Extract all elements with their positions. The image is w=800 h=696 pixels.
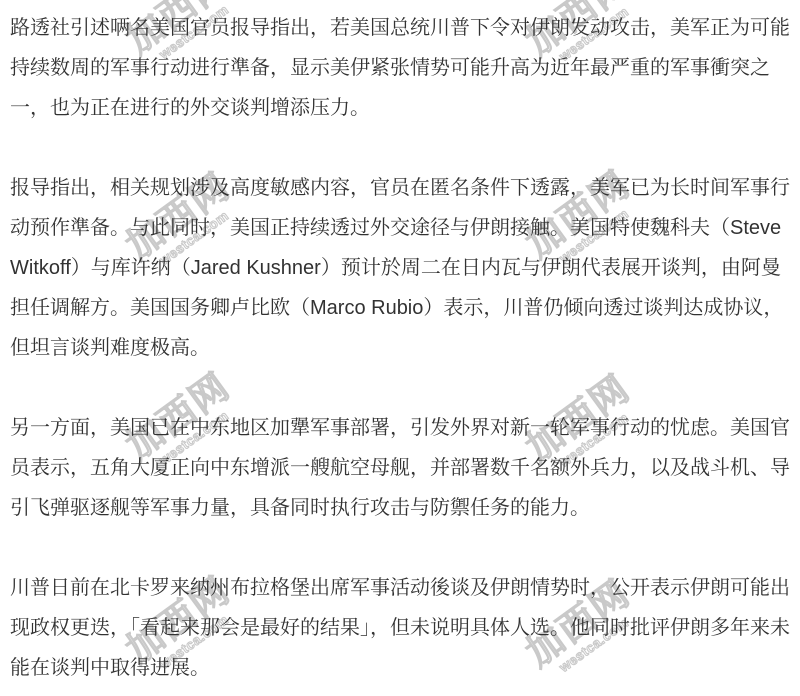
article-paragraph-4: 川普日前在北卡罗来纳州布拉格堡出席军事活动後谈及伊朗情势时，公开表示伊朗可能出现… <box>10 568 794 688</box>
article-paragraph-1: 路透社引述唡名美国官员报导指出，若美国总统川普下令对伊朗发动攻击，美军正为可能持… <box>10 8 794 128</box>
article-paragraph-2: 报导指出，相关规划涉及高度敏感内容，官员在匿名条件下透露，美军已为长时间军事行动… <box>10 168 794 368</box>
article-paragraph-3: 另一方面，美国已在中东地区加犟军事部署，引发外界对新一轮军事行动的忧虑。美国官员… <box>10 408 794 528</box>
article-body: 路透社引述唡名美国官员报导指出，若美国总统川普下令对伊朗发动攻击，美军正为可能持… <box>0 0 800 688</box>
